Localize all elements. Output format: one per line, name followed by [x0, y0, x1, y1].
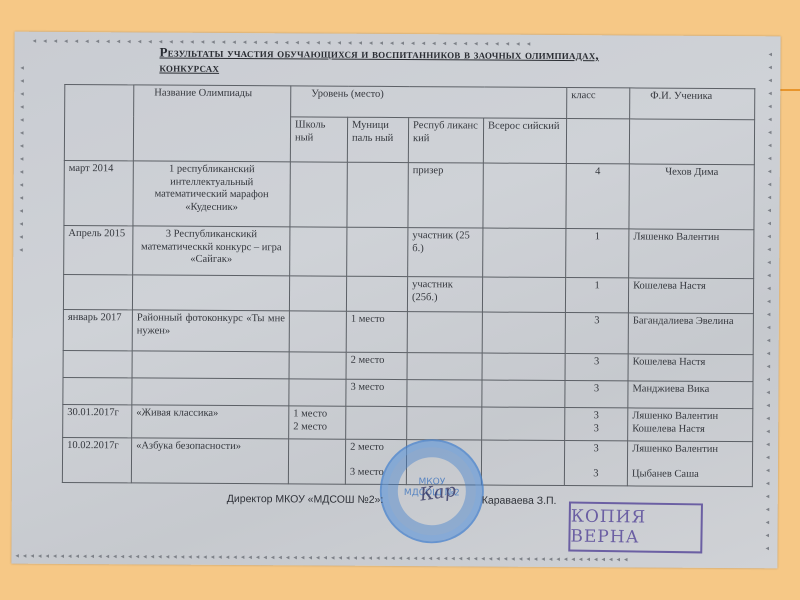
cell-fio: Чехов Дима — [629, 164, 754, 230]
cell-republic — [407, 380, 482, 407]
perforation-right: ◂◂◂◂◂◂◂◂◂◂◂◂◂◂◂◂◂◂◂◂◂◂◂◂◂◂◂◂◂◂◂◂◂◂◂◂◂◂◂ — [765, 48, 776, 558]
header-all-russian: Всерос сийский — [483, 118, 566, 164]
cell-republic: участник (25 б.) — [408, 228, 483, 277]
cell-school — [289, 311, 346, 352]
cell-name: 3 Республиканскикй математическкй конкур… — [133, 226, 290, 276]
cell-all-russian — [482, 380, 565, 408]
cell-fio: Багандалиева Эвелина — [628, 313, 753, 355]
cell-all-russian — [483, 163, 566, 229]
cell-name — [132, 351, 289, 379]
cell-school — [289, 276, 346, 311]
cell-name — [132, 275, 289, 311]
cell-name: «Живая классика» — [132, 405, 289, 439]
cell-republic — [407, 353, 482, 380]
header-fio-empty — [629, 119, 754, 165]
cell-grade: 3 — [565, 354, 628, 381]
cell-school — [290, 162, 347, 227]
cell-all-russian — [482, 277, 565, 313]
cell-date: 10.02.2017г — [62, 437, 131, 482]
cell-date: Апрель 2015 — [64, 225, 133, 274]
header-school: Школь ный — [290, 117, 347, 162]
results-table: Название Олимпиады Уровень (место) класс… — [62, 84, 755, 487]
table-row: январь 2017Районный фотоконкурс «Ты мне … — [63, 309, 753, 354]
document-title: Результаты участия обучающихся и воспита… — [159, 45, 719, 78]
header-row-1: Название Олимпиады Уровень (место) класс… — [65, 84, 755, 119]
cell-name: Районный фотоконкурс «Ты мне нужен» — [132, 310, 289, 352]
cell-grade: 3 3 — [564, 441, 627, 486]
cell-name — [132, 378, 289, 406]
cell-fio: Кошелева Настя — [628, 278, 753, 314]
signature-label: Директор МКОУ «МДСОШ №2»: — [227, 493, 384, 506]
cell-municipal — [347, 227, 408, 276]
cell-fio: Кошелева Настя — [628, 354, 753, 382]
cell-grade: 3 3 — [565, 408, 628, 441]
cell-school — [289, 352, 346, 379]
cell-date — [63, 350, 132, 377]
certified-copy-stamp: КОПИЯ ВЕРНА — [568, 501, 703, 553]
table-row: участник (25б.)1Кошелева Настя — [63, 274, 753, 313]
cell-republic — [407, 407, 482, 440]
header-level: Уровень (место) — [291, 86, 567, 119]
accent-line — [780, 89, 800, 91]
scanned-document: ◂◂◂◂◂◂◂◂◂◂◂◂◂◂◂◂◂◂◂◂◂◂◂◂◂◂◂◂◂◂◂◂◂◂◂◂◂◂◂◂… — [11, 32, 780, 569]
header-grade: класс — [567, 88, 630, 119]
cell-municipal: 3 место — [346, 379, 407, 406]
table-row: 30.01.2017г«Живая классика»1 место 2 мес… — [63, 404, 753, 441]
cell-all-russian — [482, 353, 565, 381]
cell-date: 30.01.2017г — [63, 404, 132, 437]
cell-grade: 3 — [565, 313, 628, 354]
cell-grade: 1 — [565, 278, 628, 313]
cell-all-russian — [482, 407, 565, 441]
title-line-2: конкурсах — [159, 60, 219, 75]
cell-all-russian — [483, 228, 566, 278]
cell-name: 1 республиканский интеллектуальный матем… — [133, 161, 290, 227]
cell-date: январь 2017 — [63, 309, 132, 350]
cell-all-russian — [482, 312, 565, 354]
perforation-bottom: ◂◂◂◂◂◂◂◂◂◂◂◂◂◂◂◂◂◂◂◂◂◂◂◂◂◂◂◂◂◂◂◂◂◂◂◂◂◂◂◂… — [15, 553, 775, 565]
table-row: март 20141 республиканский интеллектуаль… — [64, 160, 754, 229]
results-rows: март 20141 республиканский интеллектуаль… — [62, 160, 754, 486]
table-row: 2 место3Кошелева Настя — [63, 350, 753, 381]
cell-fio: Ляшенко Валентин Цыбанев Саша — [627, 441, 752, 487]
signature-name: Караваева З.П. — [482, 495, 557, 507]
cell-grade: 1 — [566, 229, 629, 278]
cell-all-russian — [481, 440, 564, 486]
table-row: Апрель 20153 Республиканскикй математиче… — [64, 225, 754, 278]
title-line-1: Результаты участия обучающихся и воспита… — [159, 45, 598, 63]
cell-fio: Манджиева Вика — [628, 381, 753, 409]
header-date — [64, 84, 133, 160]
cell-grade: 3 — [565, 381, 628, 408]
cell-school — [289, 379, 346, 406]
header-republic: Респуб ликанс кий — [408, 118, 483, 163]
cell-fio: Ляшенко Валентин — [629, 229, 754, 279]
cell-municipal — [347, 162, 408, 227]
cell-republic: призер — [408, 163, 483, 228]
header-name: Название Олимпиады — [133, 85, 290, 162]
cell-republic: участник (25б.) — [407, 277, 482, 312]
cell-date — [63, 274, 132, 309]
perforation-left: ◂◂◂◂◂◂◂◂◂◂◂◂◂◂◂ — [19, 62, 28, 262]
cell-fio: Ляшенко Валентин Кошелева Настя — [628, 408, 753, 442]
cell-municipal: 1 место — [346, 311, 407, 352]
cell-republic — [407, 312, 482, 353]
cell-municipal: 2 место — [346, 352, 407, 379]
cell-municipal — [346, 406, 407, 439]
cell-school — [290, 227, 347, 276]
header-fio: Ф.И. Ученика — [630, 88, 755, 120]
cell-school — [288, 439, 345, 484]
table-row: 3 место3Манджиева Вика — [63, 377, 753, 408]
cell-grade: 4 — [566, 164, 629, 229]
cell-name: «Азбука безопасности» — [131, 438, 288, 484]
header-municipal: Муници паль ный — [347, 117, 408, 162]
cell-school: 1 место 2 место — [289, 406, 346, 439]
header-grade-empty — [566, 119, 629, 164]
cell-date: март 2014 — [64, 160, 133, 225]
cell-date — [63, 377, 132, 404]
cell-municipal — [346, 276, 407, 311]
